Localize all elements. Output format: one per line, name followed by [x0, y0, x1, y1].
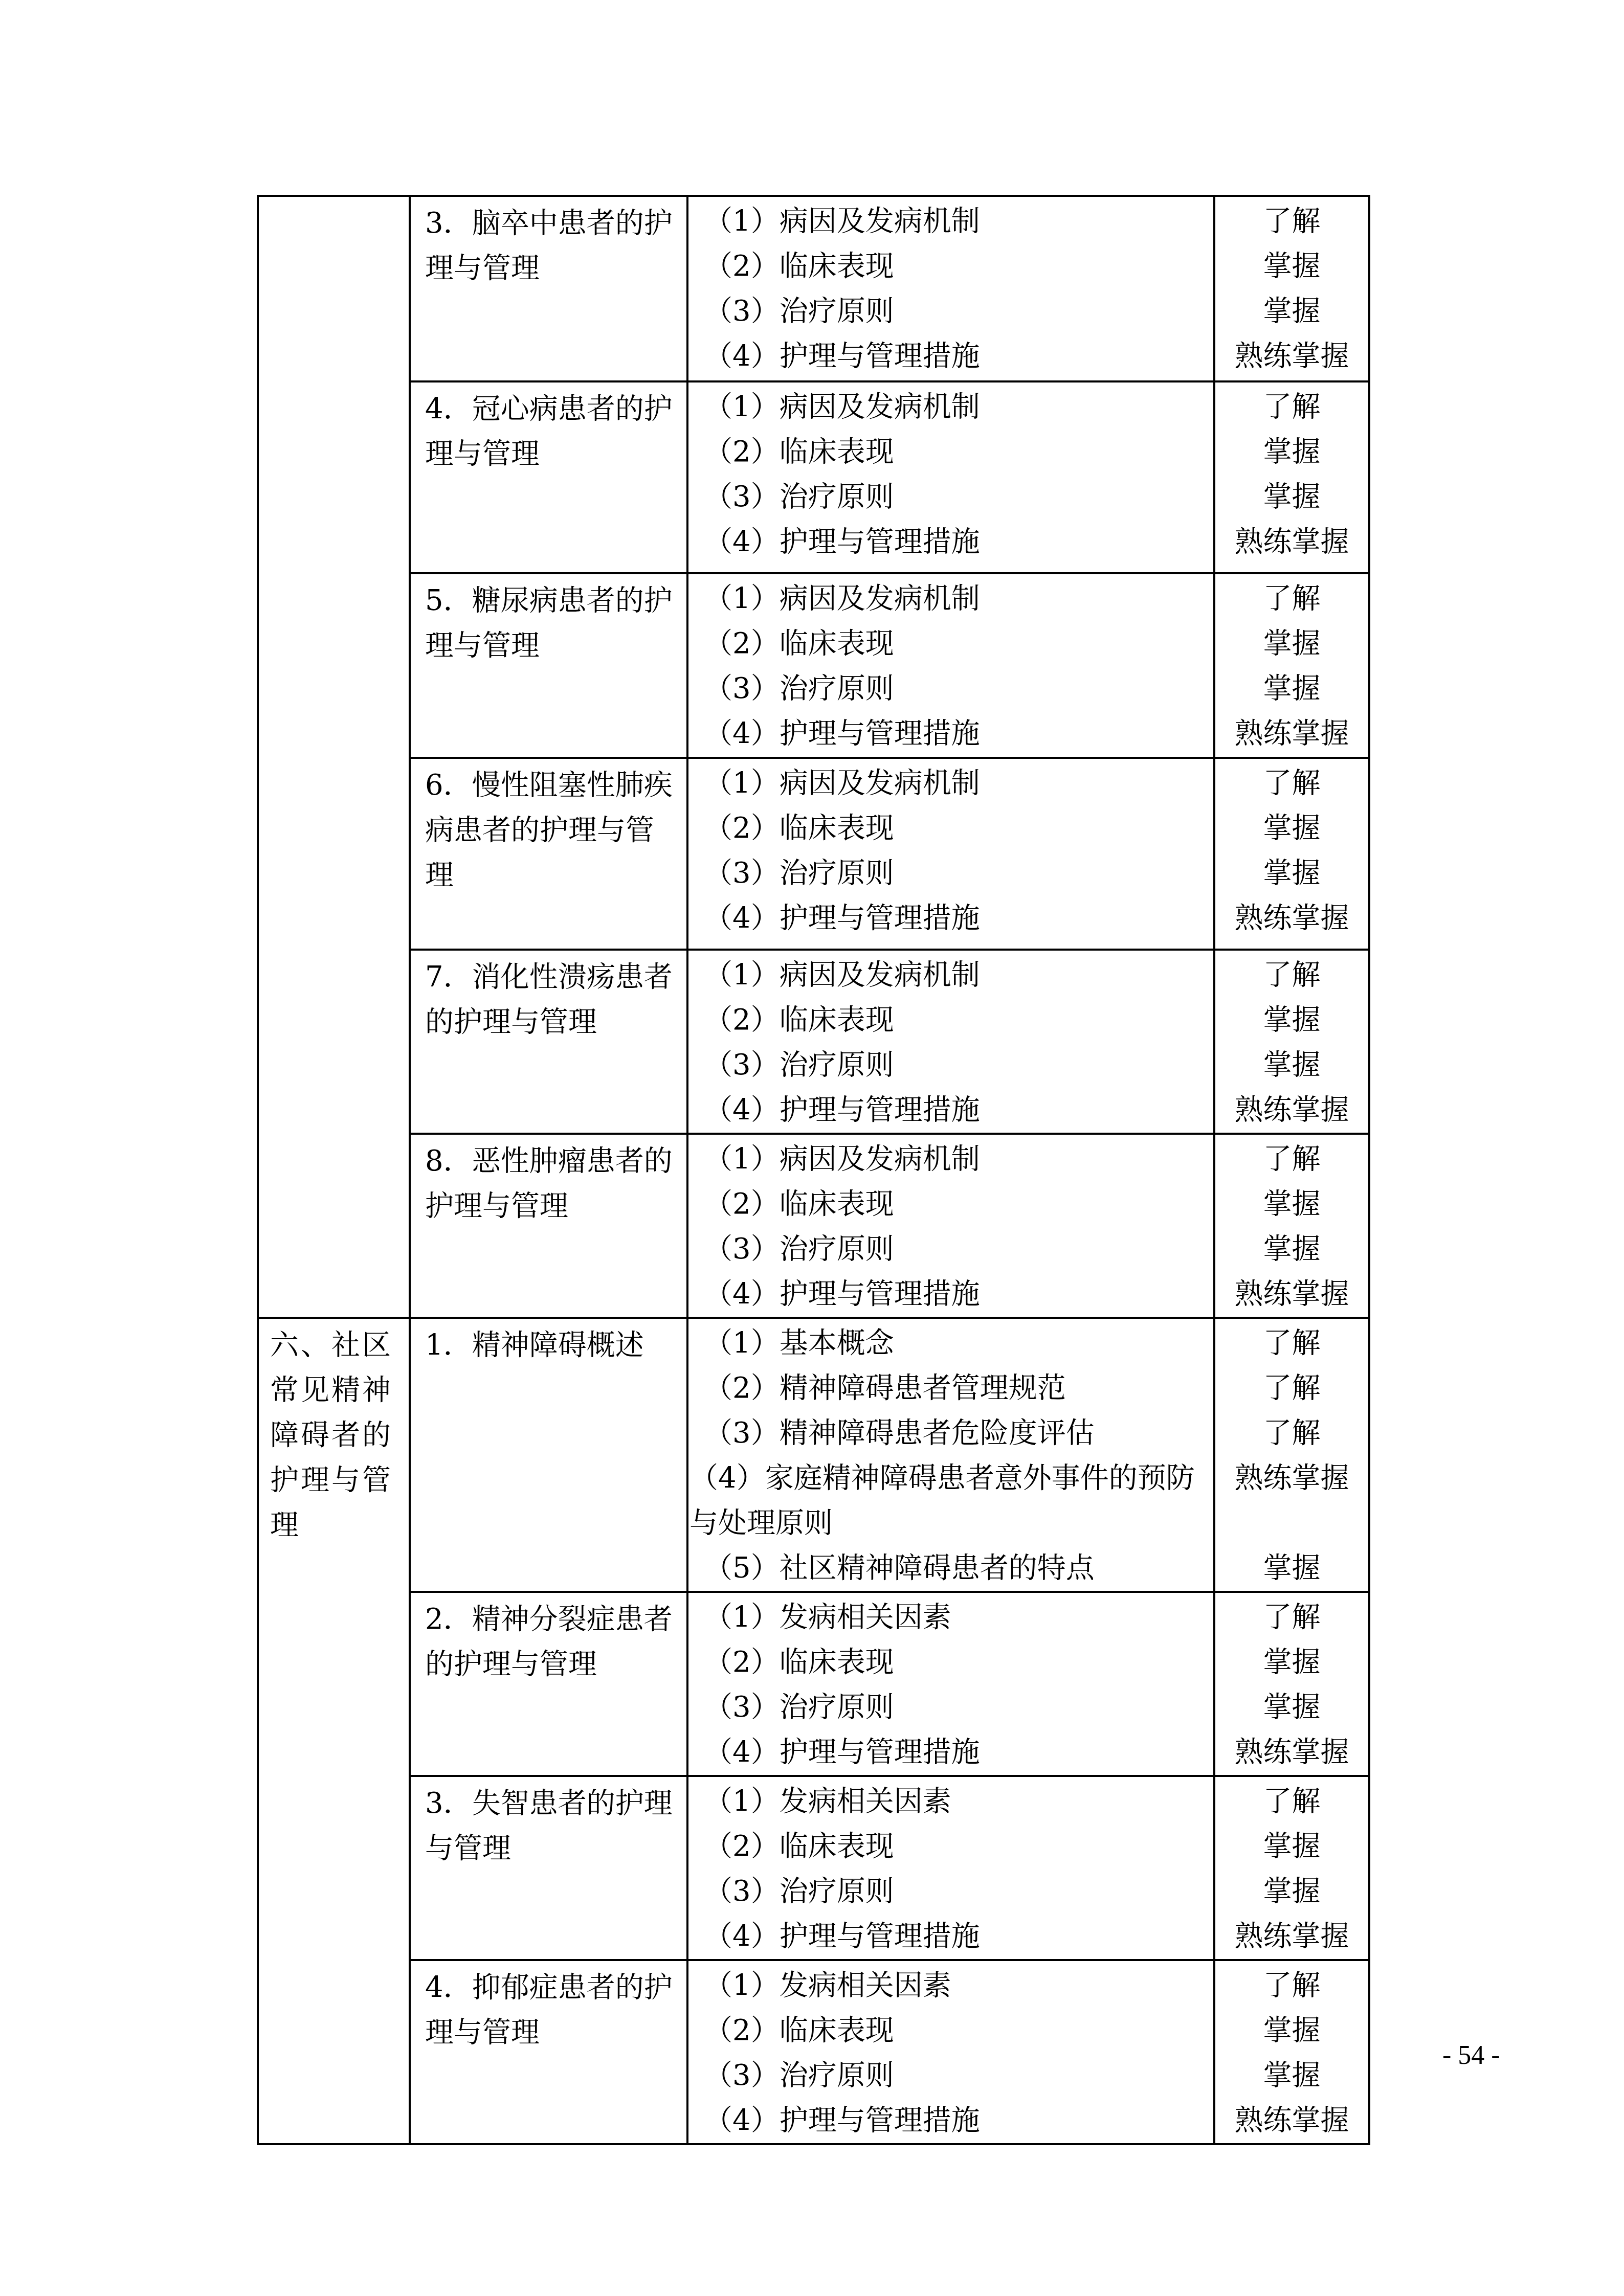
content-item: （4）护理与管理措施: [688, 1914, 1213, 1959]
content-item: （3）治疗原则: [688, 289, 1213, 334]
table-row: 3．失智患者的护理与管理（1）发病相关因素（2）临床表现（3）治疗原则（4）护理…: [258, 1776, 1369, 1960]
content-item: （3）治疗原则: [688, 851, 1213, 896]
topic-title: 4．冠心病患者的护理与管理: [411, 382, 686, 477]
requirement-level-cell: 了解掌握掌握熟练掌握: [1214, 573, 1369, 758]
content-item: （3）精神障碍患者危险度评估: [688, 1411, 1213, 1456]
topic-title: 8．恶性肿瘤患者的护理与管理: [411, 1135, 686, 1229]
page-number: - 54 -: [1442, 2040, 1500, 2070]
topic-title: 6．慢性阻塞性肺疾病患者的护理与管理: [411, 759, 686, 898]
requirement-level: 掌握: [1215, 1546, 1368, 1591]
content-item: （2）临床表现: [688, 2008, 1213, 2053]
content-item: （2）临床表现: [688, 1182, 1213, 1227]
requirement-level: 了解: [1215, 1321, 1368, 1366]
content-item: （3）治疗原则: [688, 475, 1213, 520]
content-items-cell: （1）病因及发病机制（2）临床表现（3）治疗原则（4）护理与管理措施: [687, 381, 1214, 573]
requirement-level: 熟练掌握: [1215, 2098, 1368, 2143]
requirement-level: 掌握: [1215, 2008, 1368, 2053]
table-row: 4．抑郁症患者的护理与管理（1）发病相关因素（2）临床表现（3）治疗原则（4）护…: [258, 1960, 1369, 2144]
requirement-level: 熟练掌握: [1215, 520, 1368, 565]
content-item: （2）精神障碍患者管理规范: [688, 1366, 1213, 1411]
requirement-level: 了解: [1215, 1595, 1368, 1640]
content-items-cell: （1）发病相关因素（2）临床表现（3）治疗原则（4）护理与管理措施: [687, 1960, 1214, 2144]
content-item: （3）治疗原则: [688, 1227, 1213, 1272]
content-item: （3）治疗原则: [688, 1685, 1213, 1730]
topic-title: 3．失智患者的护理与管理: [411, 1777, 686, 1871]
requirement-level: 熟练掌握: [1215, 1456, 1368, 1501]
topic-cell: 5．糖尿病患者的护理与管理: [410, 573, 687, 758]
requirement-level: 熟练掌握: [1215, 334, 1368, 379]
table-body: 3．脑卒中患者的护理与管理（1）病因及发病机制（2）临床表现（3）治疗原则（4）…: [258, 196, 1369, 2144]
content-item: （4）护理与管理措施: [688, 520, 1213, 565]
topic-cell: 6．慢性阻塞性肺疾病患者的护理与管理: [410, 758, 687, 950]
requirement-level: 掌握: [1215, 2053, 1368, 2098]
table-row: 4．冠心病患者的护理与管理（1）病因及发病机制（2）临床表现（3）治疗原则（4）…: [258, 381, 1369, 573]
content-item: （1）病因及发病机制: [688, 199, 1213, 244]
section-cell: [258, 196, 410, 1318]
requirement-level: 掌握: [1215, 244, 1368, 289]
requirement-level: 了解: [1215, 1137, 1368, 1182]
content-item: （4）护理与管理措施: [688, 334, 1213, 379]
topic-title: 1．精神障碍概述: [411, 1319, 686, 1368]
content-item: （4）护理与管理措施: [688, 1088, 1213, 1133]
content-item: （2）临床表现: [688, 1640, 1213, 1685]
requirement-level: 掌握: [1215, 806, 1368, 851]
content-items-cell: （1）发病相关因素（2）临床表现（3）治疗原则（4）护理与管理措施: [687, 1592, 1214, 1776]
content-item: （1）基本概念: [688, 1321, 1213, 1366]
topic-title: 3．脑卒中患者的护理与管理: [411, 197, 686, 291]
table-row: 6．慢性阻塞性肺疾病患者的护理与管理（1）病因及发病机制（2）临床表现（3）治疗…: [258, 758, 1369, 950]
requirement-level-cell: 了解掌握掌握熟练掌握: [1214, 950, 1369, 1134]
content-item: （1）发病相关因素: [688, 1963, 1213, 2008]
content-item: （3）治疗原则: [688, 2053, 1213, 2098]
requirement-level: 掌握: [1215, 666, 1368, 711]
content-item: （2）临床表现: [688, 1824, 1213, 1869]
requirement-level: 掌握: [1215, 998, 1368, 1043]
content-items-cell: （1）病因及发病机制（2）临床表现（3）治疗原则（4）护理与管理措施: [687, 1134, 1214, 1318]
table-row: 3．脑卒中患者的护理与管理（1）病因及发病机制（2）临床表现（3）治疗原则（4）…: [258, 196, 1369, 381]
content-item: （2）临床表现: [688, 244, 1213, 289]
requirement-level: 掌握: [1215, 1182, 1368, 1227]
requirement-level: 了解: [1215, 199, 1368, 244]
content-item: （2）临床表现: [688, 621, 1213, 666]
requirement-level-cell: 了解掌握掌握熟练掌握: [1214, 1960, 1369, 2144]
content-item: （4）护理与管理措施: [688, 2098, 1213, 2143]
topic-title: 5．糖尿病患者的护理与管理: [411, 574, 686, 668]
content-item: （4）护理与管理措施: [688, 711, 1213, 756]
content-item: （5）社区精神障碍患者的特点: [688, 1546, 1213, 1591]
requirement-level: 熟练掌握: [1215, 711, 1368, 756]
content-item: （3）治疗原则: [688, 666, 1213, 711]
content-item: （1）发病相关因素: [688, 1595, 1213, 1640]
requirement-level: 熟练掌握: [1215, 1088, 1368, 1133]
content-item: （1）病因及发病机制: [688, 1137, 1213, 1182]
requirement-level: 掌握: [1215, 430, 1368, 475]
requirement-level-cell: 了解掌握掌握熟练掌握: [1214, 1134, 1369, 1318]
table-row: 7．消化性溃疡患者的护理与管理（1）病因及发病机制（2）临床表现（3）治疗原则（…: [258, 950, 1369, 1134]
requirement-level: 熟练掌握: [1215, 1730, 1368, 1775]
requirement-level: 掌握: [1215, 1869, 1368, 1914]
topic-cell: 1．精神障碍概述: [410, 1318, 687, 1592]
requirement-level: 熟练掌握: [1215, 1914, 1368, 1959]
content-items-cell: （1）病因及发病机制（2）临床表现（3）治疗原则（4）护理与管理措施: [687, 758, 1214, 950]
requirement-level: 了解: [1215, 576, 1368, 621]
requirement-level: 掌握: [1215, 475, 1368, 520]
requirement-level: 了解: [1215, 385, 1368, 430]
requirement-level: 掌握: [1215, 1043, 1368, 1088]
table-row: 8．恶性肿瘤患者的护理与管理（1）病因及发病机制（2）临床表现（3）治疗原则（4…: [258, 1134, 1369, 1318]
content-item: （1）病因及发病机制: [688, 576, 1213, 621]
content-items-cell: （1）基本概念（2）精神障碍患者管理规范（3）精神障碍患者危险度评估（4）家庭精…: [687, 1318, 1214, 1592]
content-item: （4）家庭精神障碍患者意外事件的预防与处理原则: [688, 1456, 1213, 1546]
section-title: 六、社区常见精神障碍者的护理与管理: [259, 1319, 409, 1548]
requirement-level: 了解: [1215, 1411, 1368, 1456]
topic-title: 4．抑郁症患者的护理与管理: [411, 1961, 686, 2055]
content-items-cell: （1）病因及发病机制（2）临床表现（3）治疗原则（4）护理与管理措施: [687, 196, 1214, 381]
content-item: （2）临床表现: [688, 430, 1213, 475]
section-title: [259, 197, 409, 201]
requirement-level-cell: 了解掌握掌握熟练掌握: [1214, 381, 1369, 573]
content-items-cell: （1）发病相关因素（2）临床表现（3）治疗原则（4）护理与管理措施: [687, 1776, 1214, 1960]
topic-cell: 3．脑卒中患者的护理与管理: [410, 196, 687, 381]
requirement-level-cell: 了解掌握掌握熟练掌握: [1214, 1776, 1369, 1960]
content-items-cell: （1）病因及发病机制（2）临床表现（3）治疗原则（4）护理与管理措施: [687, 950, 1214, 1134]
content-item: （4）护理与管理措施: [688, 896, 1213, 941]
requirement-level-cell: 了解掌握掌握熟练掌握: [1214, 196, 1369, 381]
curriculum-table: 3．脑卒中患者的护理与管理（1）病因及发病机制（2）临床表现（3）治疗原则（4）…: [257, 195, 1370, 2145]
requirement-level: 掌握: [1215, 851, 1368, 896]
requirement-level-cell: 了解掌握掌握熟练掌握: [1214, 758, 1369, 950]
requirement-level: 了解: [1215, 1963, 1368, 2008]
table-row: 2．精神分裂症患者的护理与管理（1）发病相关因素（2）临床表现（3）治疗原则（4…: [258, 1592, 1369, 1776]
requirement-level: 掌握: [1215, 621, 1368, 666]
requirement-level: 熟练掌握: [1215, 1272, 1368, 1317]
requirement-level: [1215, 1501, 1368, 1546]
requirement-level-cell: 了解掌握掌握熟练掌握: [1214, 1592, 1369, 1776]
content-item: （4）护理与管理措施: [688, 1272, 1213, 1317]
content-item: （3）治疗原则: [688, 1043, 1213, 1088]
content-item: （2）临床表现: [688, 806, 1213, 851]
topic-cell: 2．精神分裂症患者的护理与管理: [410, 1592, 687, 1776]
content-item: （1）病因及发病机制: [688, 761, 1213, 806]
topic-cell: 7．消化性溃疡患者的护理与管理: [410, 950, 687, 1134]
requirement-level: 了解: [1215, 953, 1368, 998]
requirement-level: 熟练掌握: [1215, 896, 1368, 941]
requirement-level: 掌握: [1215, 1685, 1368, 1730]
content-items-cell: （1）病因及发病机制（2）临床表现（3）治疗原则（4）护理与管理措施: [687, 573, 1214, 758]
requirement-level: 掌握: [1215, 1640, 1368, 1685]
topic-cell: 8．恶性肿瘤患者的护理与管理: [410, 1134, 687, 1318]
topic-cell: 4．抑郁症患者的护理与管理: [410, 1960, 687, 2144]
topic-cell: 4．冠心病患者的护理与管理: [410, 381, 687, 573]
requirement-level: 掌握: [1215, 1227, 1368, 1272]
content-item: （3）治疗原则: [688, 1869, 1213, 1914]
content-item: （1）病因及发病机制: [688, 385, 1213, 430]
section-cell: 六、社区常见精神障碍者的护理与管理: [258, 1318, 410, 2144]
content-item: （1）发病相关因素: [688, 1779, 1213, 1824]
requirement-level: 了解: [1215, 761, 1368, 806]
requirement-level-cell: 了解了解了解熟练掌握掌握: [1214, 1318, 1369, 1592]
requirement-level: 掌握: [1215, 1824, 1368, 1869]
requirement-level: 了解: [1215, 1366, 1368, 1411]
content-item: （4）护理与管理措施: [688, 1730, 1213, 1775]
content-item: （2）临床表现: [688, 998, 1213, 1043]
requirement-level: 了解: [1215, 1779, 1368, 1824]
topic-title: 7．消化性溃疡患者的护理与管理: [411, 951, 686, 1045]
topic-cell: 3．失智患者的护理与管理: [410, 1776, 687, 1960]
table-row: 5．糖尿病患者的护理与管理（1）病因及发病机制（2）临床表现（3）治疗原则（4）…: [258, 573, 1369, 758]
content-item: （1）病因及发病机制: [688, 953, 1213, 998]
topic-title: 2．精神分裂症患者的护理与管理: [411, 1593, 686, 1687]
requirement-level: 掌握: [1215, 289, 1368, 334]
table-row: 六、社区常见精神障碍者的护理与管理1．精神障碍概述（1）基本概念（2）精神障碍患…: [258, 1318, 1369, 1592]
